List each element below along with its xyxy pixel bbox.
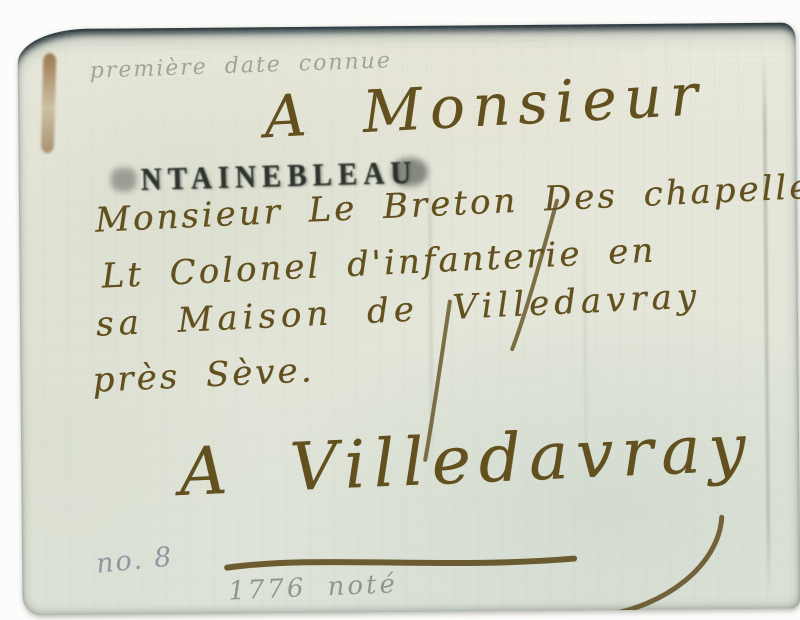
right-fold-edge <box>763 59 771 599</box>
letter-sheet: première date connue A Monsieur NTAINEBL… <box>17 23 800 616</box>
underline-flourish <box>227 559 574 568</box>
scanned-letter-photo: première date connue A Monsieur NTAINEBL… <box>0 0 800 620</box>
pencil-note-year: 1776 noté <box>228 569 399 606</box>
ink-stain <box>41 53 57 153</box>
address-line-4: près Sève. <box>92 350 316 400</box>
destination-line: A Villedavray <box>178 409 755 511</box>
pencil-note-number: no. 8 <box>95 541 175 579</box>
y-tail-flourish <box>597 517 723 615</box>
